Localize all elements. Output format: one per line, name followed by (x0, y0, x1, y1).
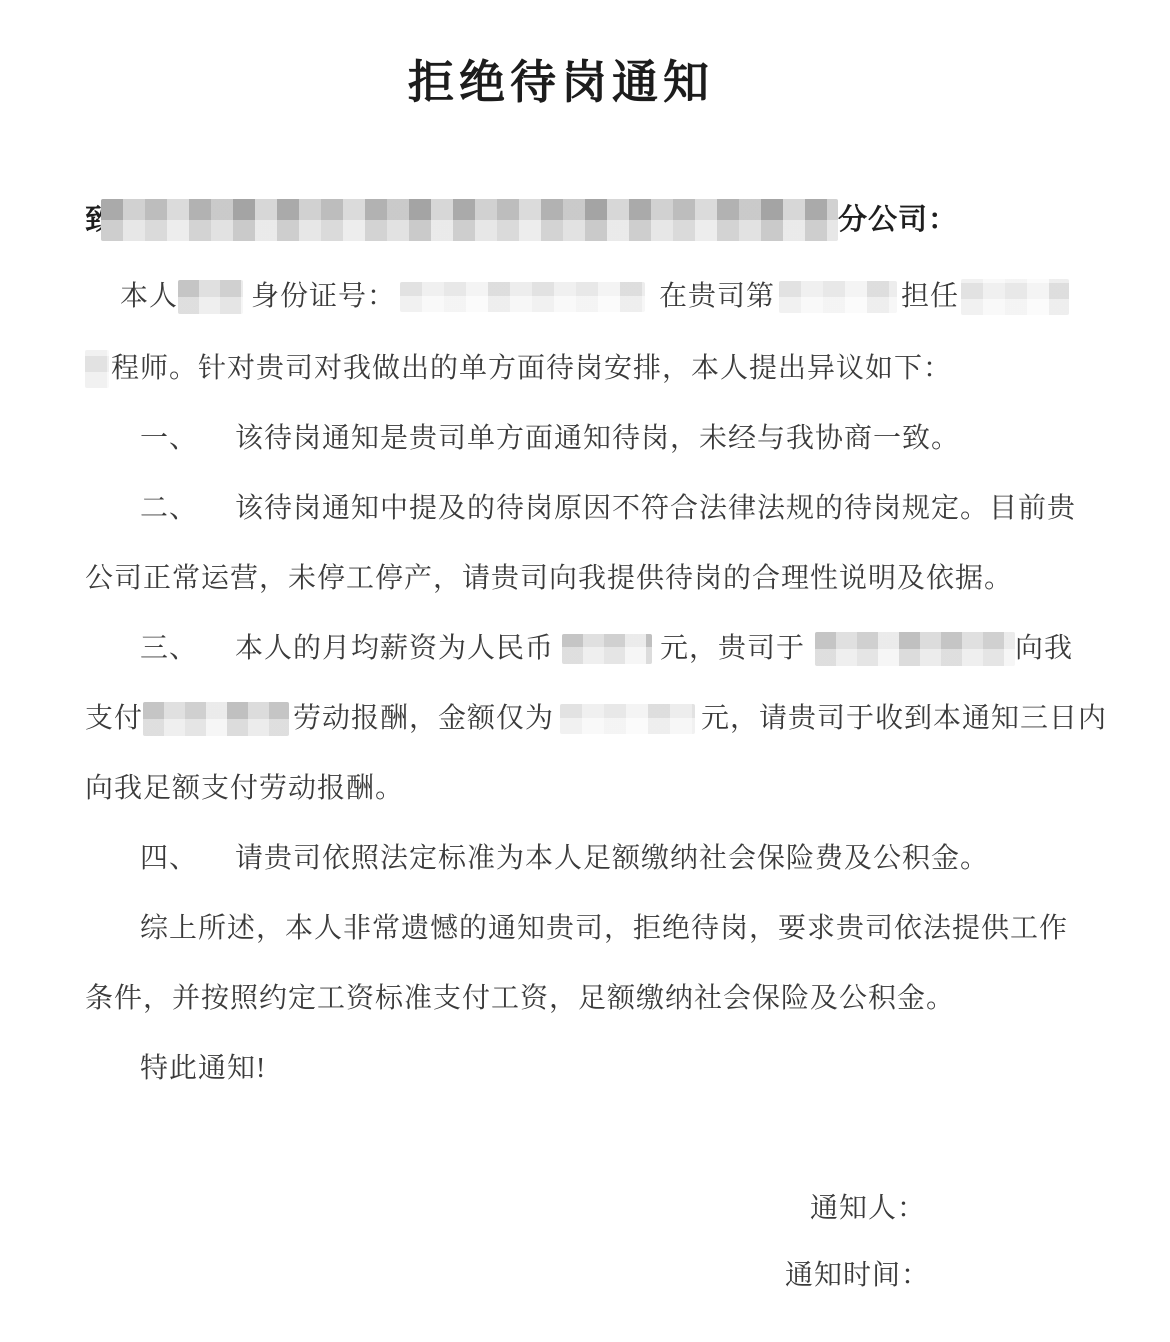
salutation-suffix: 分公司： (838, 204, 958, 236)
redacted-paid-amount (560, 704, 695, 734)
redacted-department (779, 281, 897, 313)
item-4-number: 四、 (140, 837, 235, 881)
item-2-line-2: 公司正常运营，未停工停产，请贵司向我提供待岗的合理性说明及依据。 (85, 557, 1013, 601)
hereby-notice-text: 特此通知! (140, 1053, 266, 1084)
item-3-number: 三、 (140, 627, 235, 671)
redacted-position (961, 279, 1069, 315)
redacted-salary-amount (562, 634, 652, 664)
item-3-salary-text: 本人的月均薪资为人民币 (235, 633, 554, 664)
item-3-line-3: 向我足额支付劳动报酬。 (85, 767, 404, 811)
item-3-paid-label: 支付 (85, 703, 143, 734)
redacted-id-number (400, 282, 645, 312)
redacted-word-fragment (85, 350, 109, 388)
document-title: 拒绝待岗通知 (408, 52, 714, 114)
item-3-line-2: 支付劳动报酬，金额仅为元，请贵司于收到本通知三日内 (85, 697, 1107, 741)
notifier-label: 通知人： (810, 1193, 926, 1224)
id-number-label: 身份证号： (251, 281, 396, 312)
item-4-text: 请贵司依照法定标准为本人足额缴纳社会保险费及公积金。 (235, 843, 989, 874)
closing-line-1: 综上所述，本人非常遗憾的通知贵司，拒绝待岗，要求贵司依法提供工作 (140, 907, 1068, 951)
document-page: 拒绝待岗通知 致分公司： 本人身份证号：在贵司第担任 程师。针对贵司对我做出的单… (0, 0, 1170, 1342)
position-label: 担任 (901, 281, 959, 312)
item-3-deadline-text: 元，请贵司于收到本通知三日内 (701, 703, 1107, 734)
item-4-line: 四、请贵司依照法定标准为本人足额缴纳社会保险费及公积金。 (140, 837, 989, 881)
item-2-text-2: 公司正常运营，未停工停产，请贵司向我提供待岗的合理性说明及依据。 (85, 563, 1013, 594)
item-1-line: 一、该待岗通知是贵司单方面通知待岗，未经与我协商一致。 (140, 417, 960, 461)
item-3-full-payment-text: 向我足额支付劳动报酬。 (85, 773, 404, 804)
salutation-line: 致分公司： (85, 198, 958, 242)
intro-line-1: 本人身份证号：在贵司第担任 (120, 275, 1069, 319)
redacted-company-name (101, 199, 838, 241)
item-3-to-me-text: 向我 (1015, 633, 1073, 664)
signature-by-line: 通知人： (810, 1187, 926, 1231)
company-branch-text: 在贵司第 (659, 281, 775, 312)
item-3-company-paid-text: 元，贵司于 (660, 633, 805, 664)
item-2-line-1: 二、该待岗通知中提及的待岗原因不符合法律法规的待岗规定。目前贵 (140, 487, 1076, 531)
closing-line-2: 条件，并按照约定工资标准支付工资，足额缴纳社会保险及公积金。 (85, 977, 955, 1021)
closing-text-2: 条件，并按照约定工资标准支付工资，足额缴纳社会保险及公积金。 (85, 983, 955, 1014)
item-3-line-1: 三、本人的月均薪资为人民币元，贵司于向我 (140, 627, 1073, 671)
item-2-number: 二、 (140, 487, 235, 531)
item-1-text: 该待岗通知是贵司单方面通知待岗，未经与我协商一致。 (235, 423, 960, 454)
closing-line-3: 特此通知! (140, 1047, 266, 1091)
intro-self-label: 本人 (120, 281, 178, 312)
redacted-name (178, 280, 243, 314)
item-2-text-1: 该待岗通知中提及的待岗原因不符合法律法规的待岗规定。目前贵 (235, 493, 1076, 524)
closing-text-1: 综上所述，本人非常遗憾的通知贵司，拒绝待岗，要求贵司依法提供工作 (140, 913, 1068, 944)
item-3-amount-text: 劳动报酬，金额仅为 (293, 703, 554, 734)
signature-time-line: 通知时间： (785, 1254, 930, 1298)
item-1-number: 一、 (140, 417, 235, 461)
redacted-paid-period (143, 702, 289, 736)
intro-continuation-text: 程师。针对贵司对我做出的单方面待岗安排，本人提出异议如下： (111, 353, 952, 384)
intro-line-2: 程师。针对贵司对我做出的单方面待岗安排，本人提出异议如下： (85, 347, 952, 391)
notify-time-label: 通知时间： (785, 1260, 930, 1291)
redacted-payment-date (815, 632, 1015, 666)
